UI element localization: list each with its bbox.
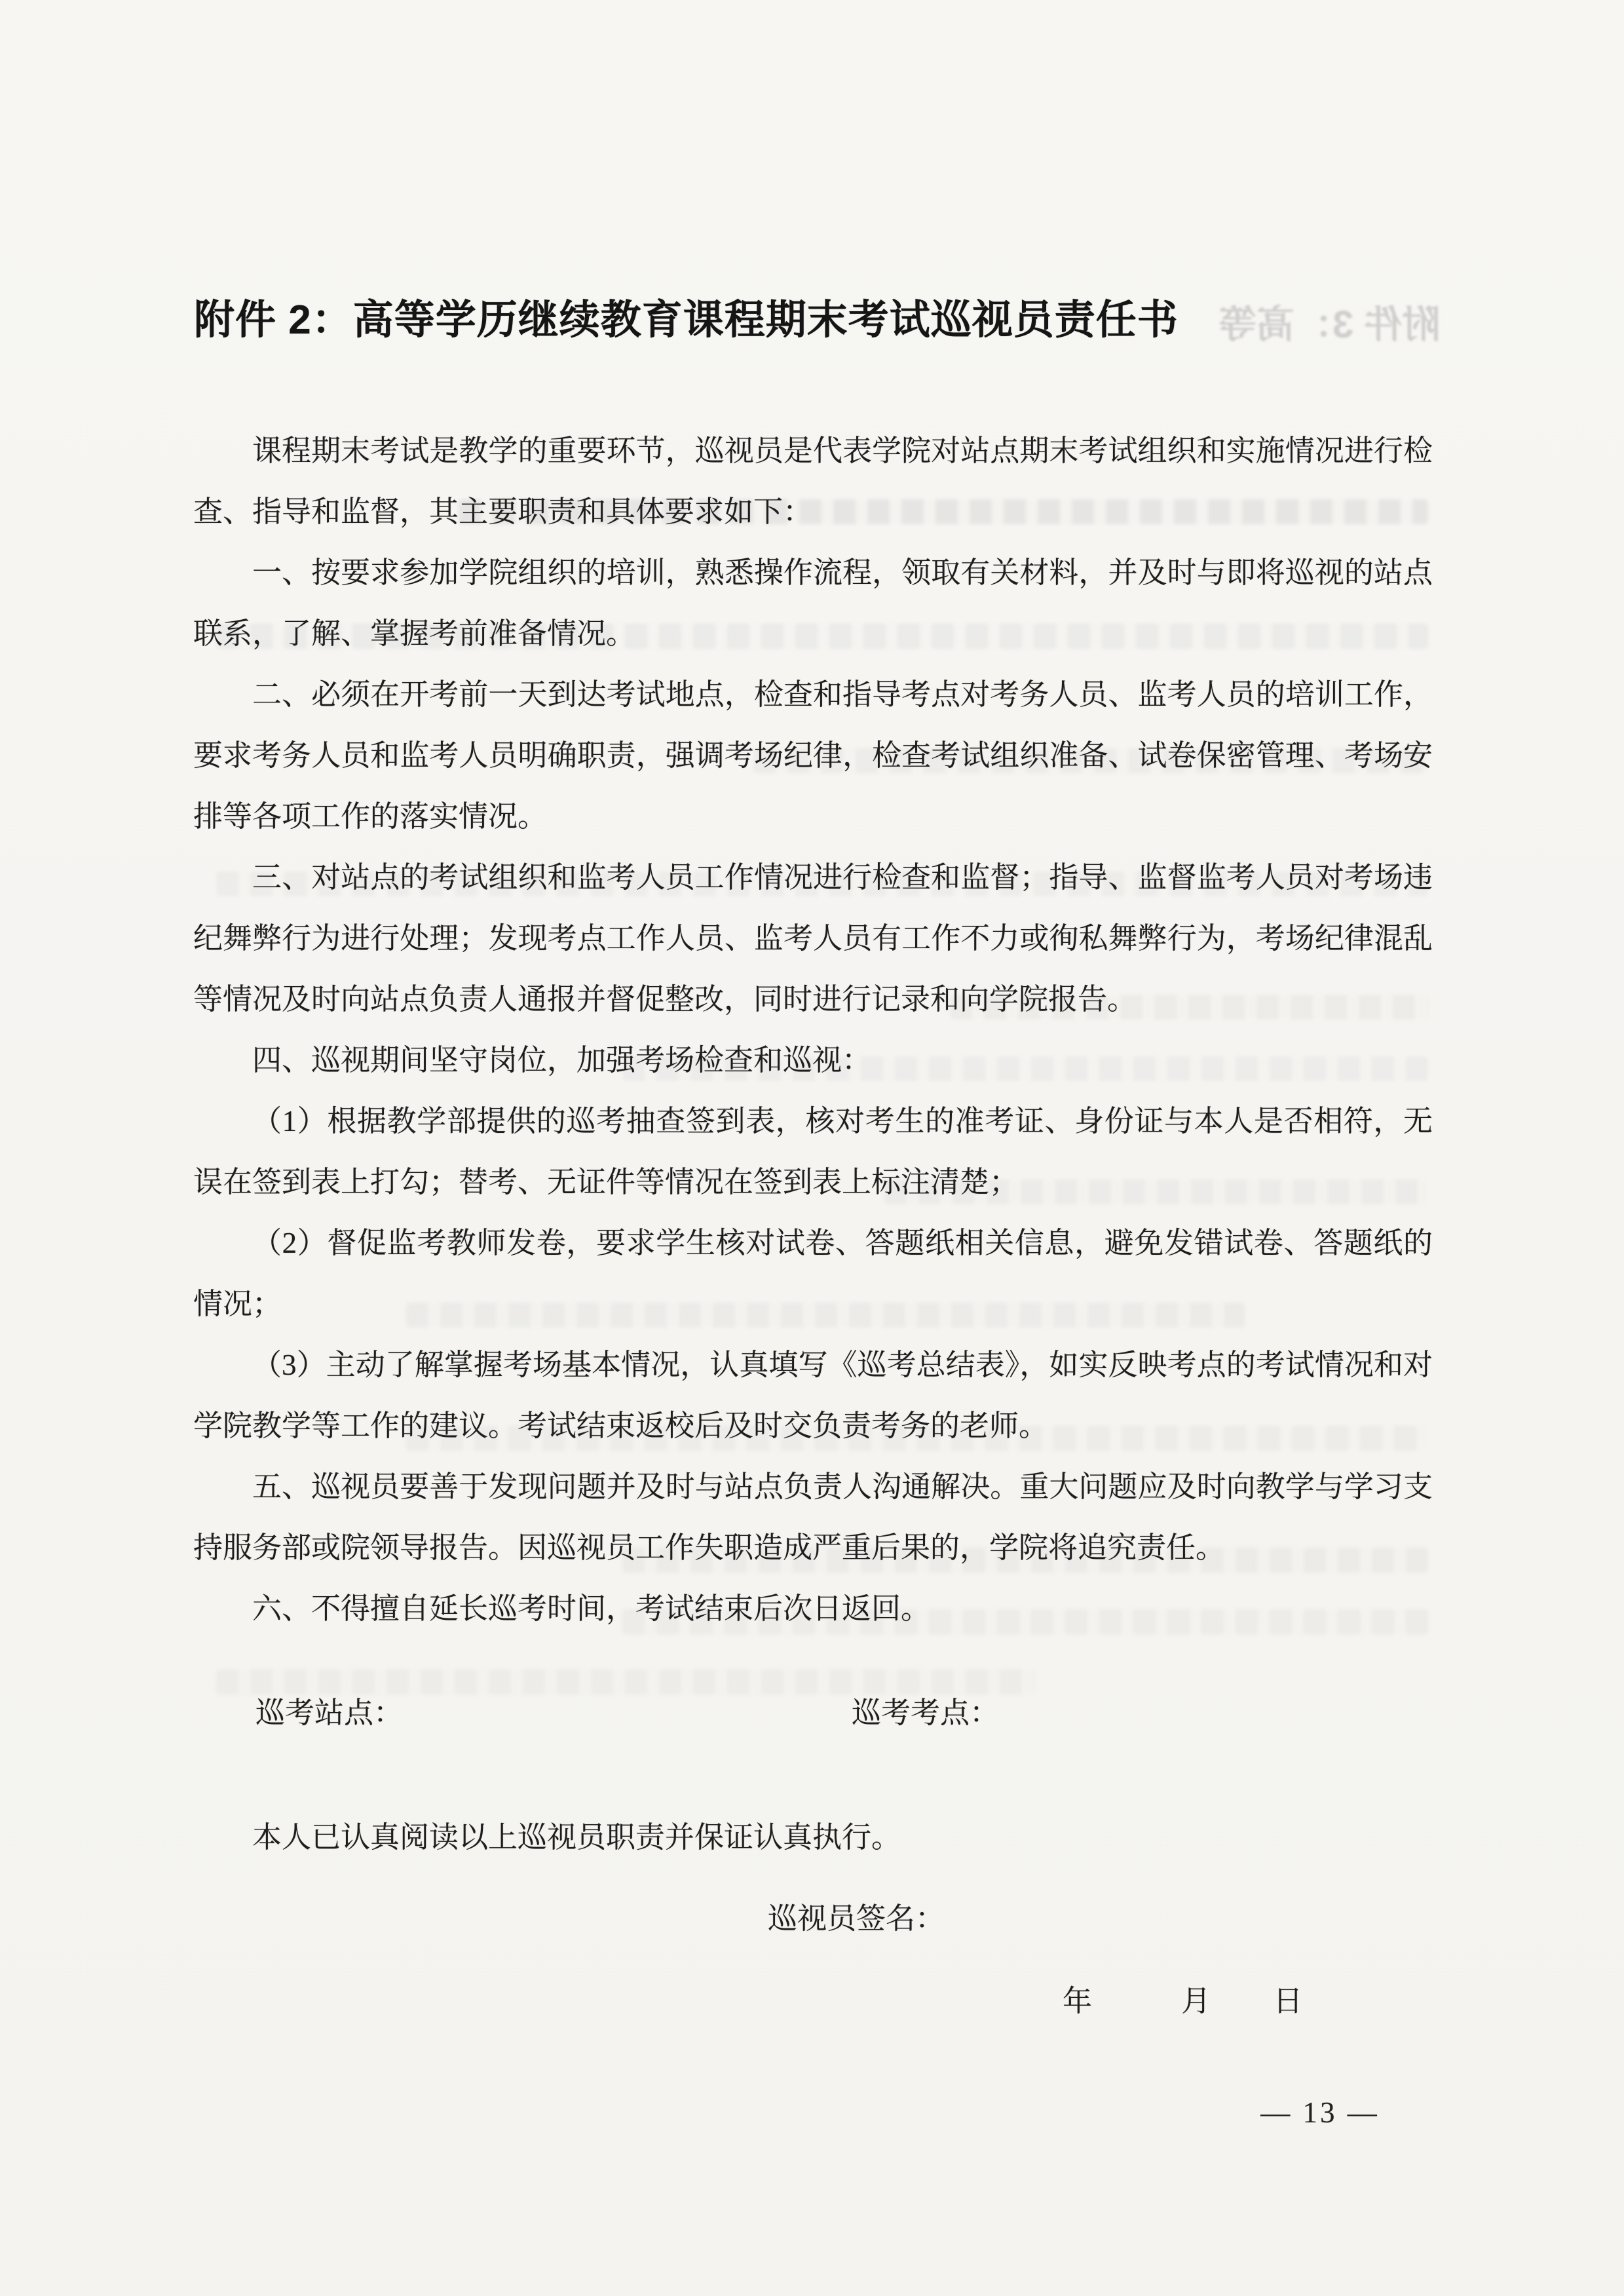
inspection-station-label: 巡考站点：	[255, 1683, 403, 1744]
duty-item-4: 四、巡视期间坚守岗位，加强考场检查和巡视：	[193, 1030, 1433, 1091]
duty-item-3: 三、对站点的考试组织和监考人员工作情况进行检查和监督；指导、监督监考人员对考场违…	[193, 847, 1433, 1030]
duty-item-5: 五、巡视员要善于发现问题并及时与站点负责人沟通解决。重大问题应及时向教学与学习支…	[193, 1457, 1433, 1578]
duty-item-1: 一、按要求参加学院组织的培训，熟悉操作流程，领取有关材料，并及时与即将巡视的站点…	[193, 543, 1433, 664]
duty-item-6: 六、不得擅自延长巡考时间，考试结束后次日返回。	[193, 1578, 1433, 1639]
page-number: — 13 —	[1232, 2095, 1408, 2130]
confirmation-statement: 本人已认真阅读以上巡视员职责并保证认真执行。	[252, 1807, 901, 1868]
inspection-site-label: 巡考考点：	[852, 1683, 999, 1744]
document-body: 课程期末考试是教学的重要环节，巡视员是代表学院对站点期末考试组织和实施情况进行检…	[193, 421, 1433, 1639]
duty-item-4-sub-2: （2）督促监考教师发卷，要求学生核对试卷、答题纸相关信息，避免发错试卷、答题纸的…	[193, 1213, 1433, 1335]
inspector-signature-label: 巡视员签名：	[768, 1888, 945, 1949]
date-year-label: 年	[1063, 1985, 1092, 2018]
document-title: 附件 2：高等学历继续教育课程期末考试巡视员责任书	[194, 287, 1179, 345]
date-month-label: 月	[1181, 1985, 1211, 2018]
duty-item-4-sub-1: （1）根据教学部提供的巡考抽查签到表，核对考生的准考证、身份证与本人是否相符，无…	[193, 1091, 1433, 1213]
intro-paragraph: 课程期末考试是教学的重要环节，巡视员是代表学院对站点期末考试组织和实施情况进行检…	[193, 421, 1433, 543]
date-day-label: 日	[1274, 1985, 1303, 2018]
date-line: 年 月 日	[1063, 1971, 1303, 2032]
scanned-document-page: 附件 3：高等 附件 2：高等学历继续教育课程期末考试巡视员责任书 课程期末考试…	[0, 0, 1624, 2296]
duty-item-4-sub-3: （3）主动了解掌握考场基本情况，认真填写《巡考总结表》，如实反映考点的考试情况和…	[193, 1335, 1433, 1457]
duty-item-2: 二、必须在开考前一天到达考试地点，检查和指导考点对考务人员、监考人员的培训工作，…	[193, 664, 1433, 847]
bleedthrough-mirrored-title: 附件 3：高等	[1218, 294, 1440, 349]
